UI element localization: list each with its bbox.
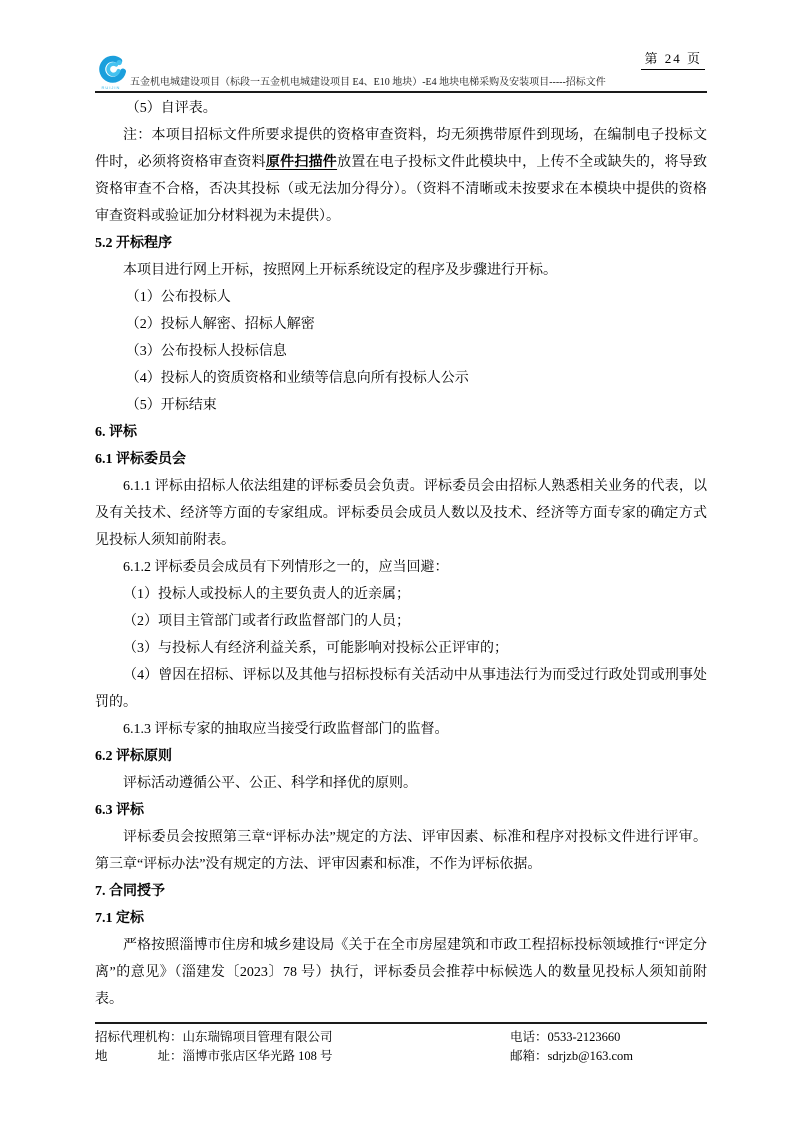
footer-email-line: 邮箱：sdrjzb@163.com [510, 1047, 633, 1066]
heading-7: 7. 合同授予 [95, 878, 707, 905]
document-title: 五金机电城建设项目（标段一五金机电城建设项目 E4、E10 地块）-E4 地块电… [130, 73, 606, 90]
document-body: （5）自评表。 注：本项目招标文件所要求提供的资格审查资料，均无须携带原件到现场… [95, 95, 707, 1013]
footer-email-label: 邮箱： [510, 1049, 548, 1063]
list-item-recuse-2: （2）项目主管部门或者行政监督部门的人员； [95, 608, 707, 635]
paragraph-6-1-3: 6.1.3 评标专家的抽取应当接受行政监督部门的监督。 [95, 716, 707, 743]
heading-6: 6. 评标 [95, 419, 707, 446]
footer-email-value: sdrjzb@163.com [548, 1049, 633, 1063]
list-item-open-1: （1）公布投标人 [95, 284, 707, 311]
footer-address-value: 淄博市张店区华光路 108 号 [183, 1049, 333, 1063]
heading-6-3: 6.3 评标 [95, 797, 707, 824]
list-item-recuse-3: （3）与投标人有经济利益关系，可能影响对投标公正评审的； [95, 635, 707, 662]
page-number: 第 24 页 [641, 48, 705, 70]
list-item-open-5: （5）开标结束 [95, 392, 707, 419]
logo-swirl-icon [96, 55, 126, 85]
heading-6-2: 6.2 评标原则 [95, 743, 707, 770]
footer-phone-label: 电话： [510, 1030, 548, 1044]
list-item-open-2: （2）投标人解密、招标人解密 [95, 311, 707, 338]
footer-agency-label: 招标代理机构： [95, 1030, 183, 1044]
heading-5-2: 5.2 开标程序 [95, 230, 707, 257]
paragraph-self-eval: （5）自评表。 [95, 95, 707, 122]
footer-agency-value: 山东瑞锦项目管理有限公司 [183, 1030, 333, 1044]
heading-6-1: 6.1 评标委员会 [95, 446, 707, 473]
page-header: 第 24 页 RUIJIN 五金机电城建设项目（标段一五金机电城建设项目 E4、… [95, 0, 707, 93]
paragraph-6-1-2: 6.1.2 评标委员会成员有下列情形之一的，应当回避： [95, 554, 707, 581]
logo-text: RUIJIN [95, 85, 127, 90]
list-item-open-4: （4）投标人的资质资格和业绩等信息向所有投标人公示 [95, 365, 707, 392]
paragraph-6-3: 评标委员会按照第三章“评标办法”规定的方法、评审因素、标准和程序对投标文件进行评… [95, 824, 707, 878]
paragraph-6-2: 评标活动遵循公平、公正、科学和择优的原则。 [95, 770, 707, 797]
note-underlined-scan-copy: 原件扫描件 [266, 155, 337, 170]
list-item-recuse-4: （4）曾因在招标、评标以及其他与招标投标有关活动中从事违法行为而受过行政处罚或刑… [95, 662, 707, 716]
paragraph-note: 注：本项目招标文件所要求提供的资格审查资料，均无须携带原件到现场，在编制电子投标… [95, 122, 707, 230]
footer-address-label: 地 址： [95, 1049, 183, 1063]
document-page: 第 24 页 RUIJIN 五金机电城建设项目（标段一五金机电城建设项目 E4、… [0, 0, 793, 1122]
list-item-recuse-1: （1）投标人或投标人的主要负责人的近亲属； [95, 581, 707, 608]
company-logo: RUIJIN [95, 55, 127, 90]
paragraph-5-2: 本项目进行网上开标，按照网上开标系统设定的程序及步骤进行开标。 [95, 257, 707, 284]
paragraph-7-1: 严格按照淄博市住房和城乡建设局《关于在全市房屋建筑和市政工程招标投标领域推行“评… [95, 932, 707, 1013]
footer-right-block: 电话：0533-2123660 邮箱：sdrjzb@163.com [510, 1028, 633, 1066]
page-footer: 招标代理机构：山东瑞锦项目管理有限公司 地 址：淄博市张店区华光路 108 号 … [95, 1022, 707, 1066]
list-item-open-3: （3）公布投标人投标信息 [95, 338, 707, 365]
heading-7-1: 7.1 定标 [95, 905, 707, 932]
footer-phone-value: 0533-2123660 [548, 1030, 621, 1044]
paragraph-6-1-1: 6.1.1 评标由招标人依法组建的评标委员会负责。评标委员会由招标人熟悉相关业务… [95, 473, 707, 554]
header-title-row: RUIJIN 五金机电城建设项目（标段一五金机电城建设项目 E4、E10 地块）… [95, 55, 606, 90]
footer-phone-line: 电话：0533-2123660 [510, 1028, 633, 1047]
